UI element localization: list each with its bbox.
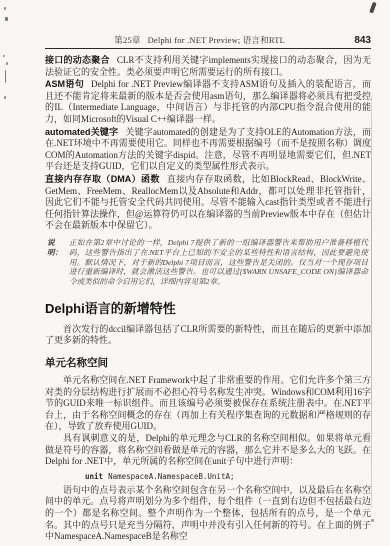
subsection-heading: 单元名称空间 — [45, 355, 371, 370]
scan-speck — [4, 7, 6, 10]
chapter-title: Delphi for .NET Preview; 语言和RTL — [148, 35, 286, 45]
running-header-title: 第25章Delphi for .NET Preview; 语言和RTL — [45, 34, 354, 46]
term-label: ASM语句 — [45, 79, 84, 89]
note-text: 正如在第2章中讨论的一样，Delphi 7提供了新的一组编译器警告来帮助用户准备… — [69, 238, 371, 287]
section-intro-paragraph: 首次发行的dccil编译器包括了CLR所需要的新特性，而且在随后的更新中添加了更… — [45, 324, 371, 347]
scan-speck — [3, 55, 5, 57]
scan-speck — [5, 17, 8, 21]
term-paragraph: 直接内存存取（DMA）函数直接内存存取函数，比如BlockRead、BlockW… — [45, 174, 371, 232]
term-paragraph: ASM语句Delphi for .NET Preview编译器不支持ASM语句及… — [45, 79, 371, 125]
scan-speck — [6, 62, 8, 65]
body-paragraph: 单元名称空间在.NET Framework中起了非常重要的作用。它们允许多个第三… — [45, 375, 371, 433]
scan-corner-mark — [369, 2, 377, 14]
book-page-scan: 第25章Delphi for .NET Preview; 语言和RTL 843 … — [0, 0, 390, 546]
term-label: 接口的动态聚合 — [45, 55, 110, 65]
term-text: Delphi for .NET Preview编译器不支持ASM语句及插入的装配… — [45, 79, 371, 124]
chapter-number: 第25章 — [114, 35, 140, 45]
code-listing: unitNamespaceA.NamespaceB.UnitA; — [85, 472, 371, 481]
scan-page-edge-line — [371, 96, 372, 508]
note-label: 说明： — [47, 238, 69, 287]
term-paragraph: 接口的动态聚合CLR不支持利用关键字implements实现接口的动态聚合，因为… — [45, 55, 371, 78]
page-number: 843 — [354, 35, 371, 46]
scan-speck — [371, 519, 374, 522]
running-header: 第25章Delphi for .NET Preview; 语言和RTL 843 — [45, 34, 371, 46]
body-paragraph: 语句中的点号表示某个名称空间包含在另一个名称空间中，以及最后在名称空间中的单元。… — [45, 485, 371, 543]
header-rule — [45, 48, 371, 49]
term-label: automated关键字 — [45, 127, 118, 137]
code-keyword: unit — [85, 472, 103, 481]
body-paragraph: 具有讽刺意义的是，Delphi的单元理念与CLR的名称空间相似。如果将单元看做是… — [45, 433, 371, 468]
code-statement: NamespaceA.NamespaceB.UnitA; — [108, 472, 234, 481]
section-heading: Delphi语言的新增特性 — [45, 298, 371, 317]
scan-speck — [5, 70, 6, 83]
term-paragraph: automated关键字关键字automated的创建是为了支持OLE的Auto… — [45, 127, 371, 173]
scan-speck — [4, 96, 6, 99]
page-content: 第25章Delphi for .NET Preview; 语言和RTL 843 … — [45, 34, 371, 543]
note-block: 说明： 正如在第2章中讨论的一样，Delphi 7提供了新的一组编译器警告来帮助… — [47, 238, 371, 287]
term-label: 直接内存存取（DMA）函数 — [45, 174, 160, 184]
